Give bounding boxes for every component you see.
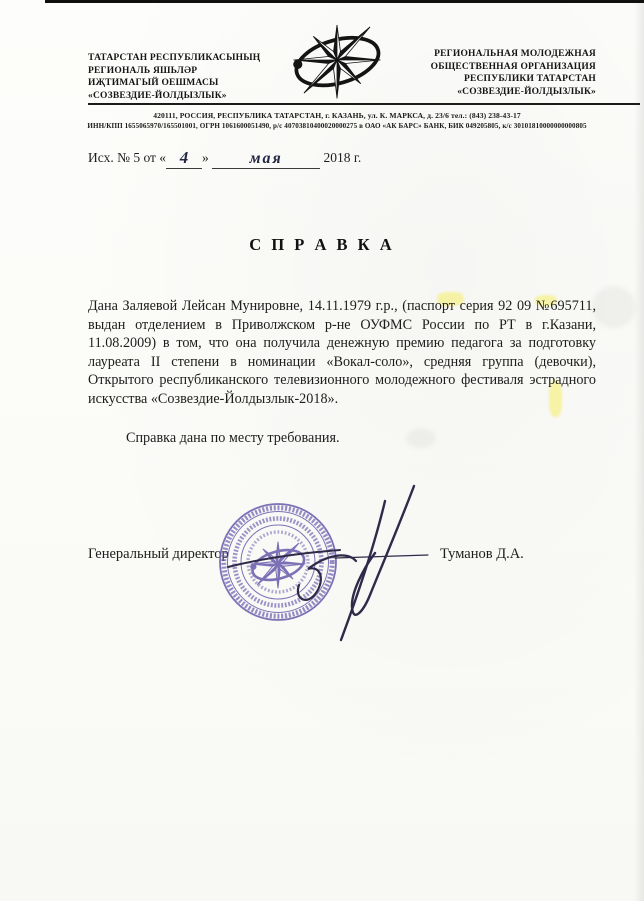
org-line: РЕСПУБЛИКИ ТАТАРСТАН	[381, 73, 596, 86]
address-line: ИНН/КПП 1655065970/165501001, ОГРН 10616…	[40, 121, 634, 131]
org-name-tatar: ТАТАРСТАН РЕСПУБЛИКАСЫНЫҢ РЕГИОНАЛЬ ЯШЬЛ…	[88, 46, 303, 102]
issued-note: Справка дана по месту требования.	[88, 430, 596, 447]
scan-smudge	[592, 286, 636, 328]
compass-star-logo-icon	[281, 12, 393, 108]
address-line: 420111, РОССИЯ, РЕСПУБЛИКА ТАТАРСТАН, г.…	[40, 110, 634, 121]
handwritten-day: 4	[166, 148, 202, 169]
letterhead-divider-rule	[88, 103, 640, 105]
org-line: РЕГИОНАЛЬ ЯШЬЛӘР	[88, 65, 303, 78]
org-line: «СОЗВЕЗДИЕ-ЙОЛДЫЗЛЫК»	[381, 86, 596, 99]
org-line: «СОЗВЕЗДИЕ-ЙОЛДЫЗЛЫК»	[88, 90, 303, 103]
org-line: ИҖТИМАГЫЙ ОЕШМАСЫ	[88, 77, 303, 90]
scan-edge-shadow	[634, 0, 644, 901]
org-line: РЕГИОНАЛЬНАЯ МОЛОДЕЖНАЯ	[381, 48, 596, 61]
scanned-certificate-page: ТАТАРСТАН РЕСПУБЛИКАСЫНЫҢ РЕГИОНАЛЬ ЯШЬЛ…	[0, 0, 644, 901]
scan-top-edge-line	[45, 0, 644, 3]
ref-year: 2018 г.	[324, 150, 362, 165]
document-title: С П Р А В К А	[0, 235, 644, 255]
letterhead-address: 420111, РОССИЯ, РЕСПУБЛИКА ТАТАРСТАН, г.…	[40, 110, 634, 131]
ref-prefix: Исх. № 5 от «	[88, 150, 166, 165]
org-name-russian: РЕГИОНАЛЬНАЯ МОЛОДЕЖНАЯ ОБЩЕСТВЕННАЯ ОРГ…	[381, 46, 596, 102]
certificate-body-paragraph: Дана Заляевой Лейсан Мунировне, 14.11.19…	[88, 297, 596, 409]
ref-close-quote: »	[202, 150, 209, 165]
org-line: ТАТАРСТАН РЕСПУБЛИКАСЫНЫҢ	[88, 52, 303, 65]
org-line: ОБЩЕСТВЕННАЯ ОРГАНИЗАЦИЯ	[381, 61, 596, 74]
outgoing-ref-line: Исх. № 5 от «4» мая 2018 г.	[88, 147, 361, 168]
seal-and-signature	[195, 465, 495, 675]
handwritten-month: мая	[212, 150, 320, 169]
